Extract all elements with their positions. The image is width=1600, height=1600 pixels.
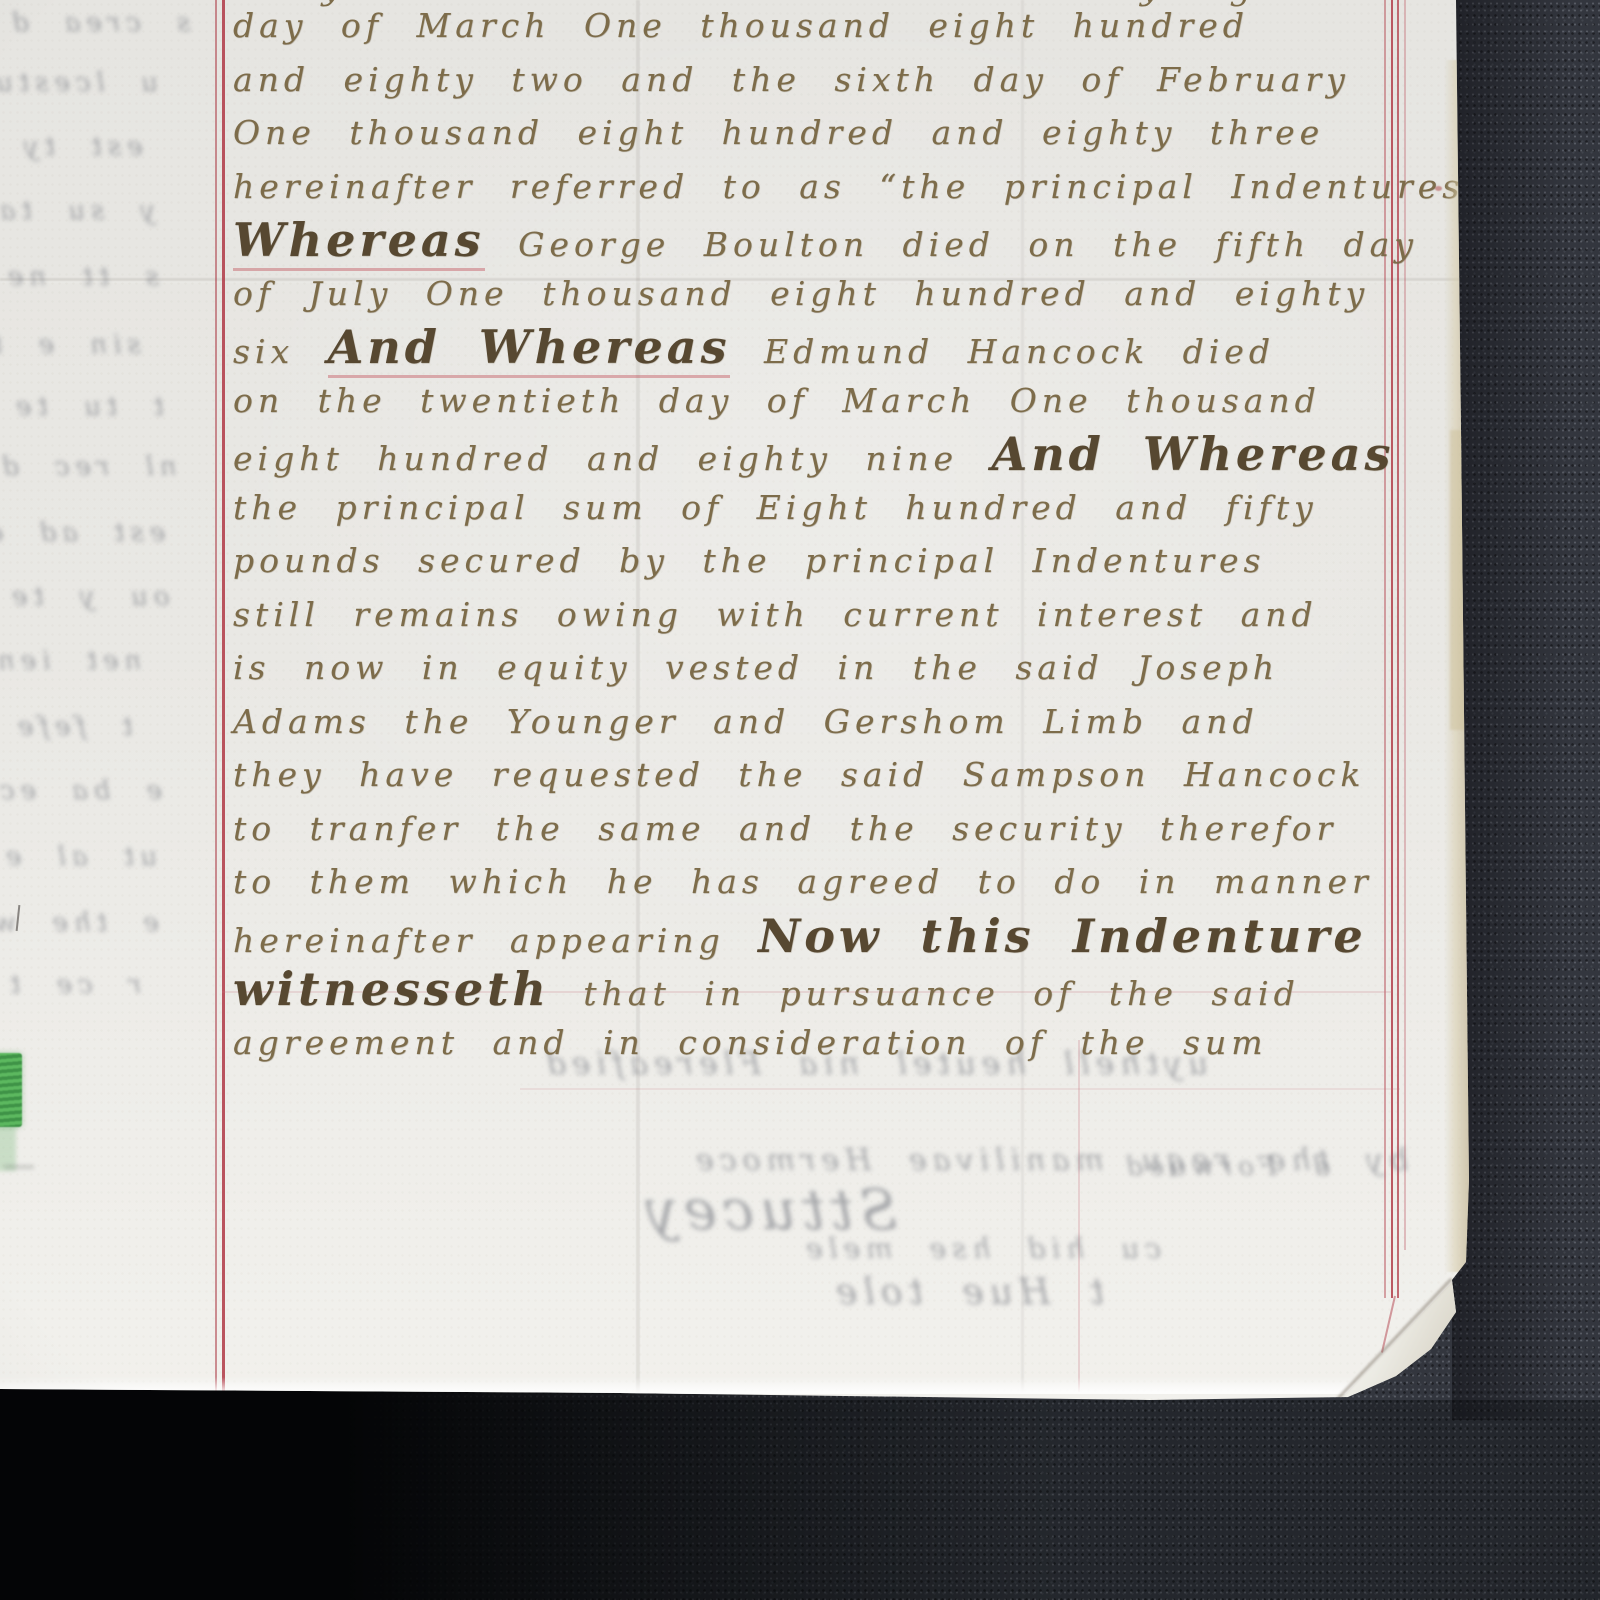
manuscript-emphasis: Whereas [233,213,485,271]
manuscript-line: One thousand eight hundred and eighty th… [233,109,1324,157]
manuscript-segment: to tranfer the same and the security the… [233,809,1337,848]
manuscript-line: Adams the Younger and Gershom Limb and [233,698,1259,746]
manuscript-line: is now in equity vested in the said Jose… [233,644,1279,692]
manuscript-line: to them which he has agreed to do in man… [233,858,1373,906]
manuscript-segment: of July One thousand eight hundred and e… [233,274,1369,313]
manuscript-line: pounds secured by the principal Indentur… [233,537,1266,585]
manuscript-emphasis: witnesseth [233,962,550,1016]
manuscript-segment: agreement and in consideration of the su… [233,1023,1268,1062]
manuscript-segment: hereinafter appearing [233,921,758,960]
manuscript-segment: pounds secured by the principal Indentur… [233,541,1266,580]
manuscript-segment: still remains owing with current interes… [233,595,1318,634]
manuscript-segment: hereinafter referred to as “the principa… [233,167,1464,206]
manuscript-emphasis: Now this Indenture [758,909,1366,963]
manuscript-segment: that in pursuance of the said [550,974,1300,1013]
manuscript-segment: George Boulton died on the fifth day [485,225,1418,264]
manuscript-segment: Edmund Hancock died [730,332,1274,371]
manuscript-line: hereinafter appearing Now this Indenture [233,912,1367,965]
manuscript-segment: day of March One thousand eight hundred [233,6,1249,45]
manuscript-segment: Adams the Younger and Gershom Limb and [233,702,1259,741]
manuscript-line: and eighty two and the sixth day of Febr… [233,56,1350,104]
manuscript-text: ty nine the twentyeighth day of March On… [0,0,1600,1600]
manuscript-segment: on the twentieth day of March One thousa… [233,381,1321,420]
manuscript-line: agreement and in consideration of the su… [233,1019,1268,1067]
manuscript-segment: is now in equity vested in the said Jose… [233,648,1279,687]
manuscript-emphasis: And Whereas [328,320,731,378]
manuscript-line: eight hundred and eighty nine And Wherea… [233,430,1394,483]
manuscript-line: the principal sum of Eight hundred and f… [233,484,1318,532]
manuscript-segment: and eighty two and the sixth day of Febr… [233,60,1350,99]
manuscript-line: on the twentieth day of March One thousa… [233,377,1321,425]
paper-cast-shadow [1452,0,1572,1420]
red-ink-speck [1435,186,1442,191]
seal-shadow-streak [4,1165,34,1169]
manuscript-segment: they have requested the said Sampson Han… [233,755,1365,794]
manuscript-page: s crea du lcestuest tyy su tas tt nesin … [0,0,1600,1600]
manuscript-segment: One thousand eight hundred and eighty th… [233,113,1324,152]
manuscript-line: Whereas George Boulton died on the fifth… [233,216,1418,269]
photo-canvas: s crea du lcestuest tyy su tas tt nesin … [0,0,1600,1600]
manuscript-segment: the principal sum of Eight hundred and f… [233,488,1318,527]
green-ribbon-seal [0,1053,22,1127]
manuscript-line: to tranfer the same and the security the… [233,805,1337,853]
manuscript-segment: six [233,332,328,371]
manuscript-line: witnesseth that in pursuance of the said [233,965,1300,1018]
manuscript-segment: to them which he has agreed to do in man… [233,862,1373,901]
manuscript-line: they have requested the said Sampson Han… [233,751,1365,799]
manuscript-line: hereinafter referred to as “the principa… [233,163,1464,211]
table-shadow-bottom [0,1400,1600,1600]
manuscript-line: six And Whereas Edmund Hancock died [233,323,1275,376]
manuscript-emphasis: And Whereas [992,427,1395,481]
manuscript-line: of July One thousand eight hundred and e… [233,270,1369,318]
manuscript-line: still remains owing with current interes… [233,591,1318,639]
manuscript-segment: eight hundred and eighty nine [233,439,992,478]
manuscript-line: day of March One thousand eight hundred [233,2,1249,50]
